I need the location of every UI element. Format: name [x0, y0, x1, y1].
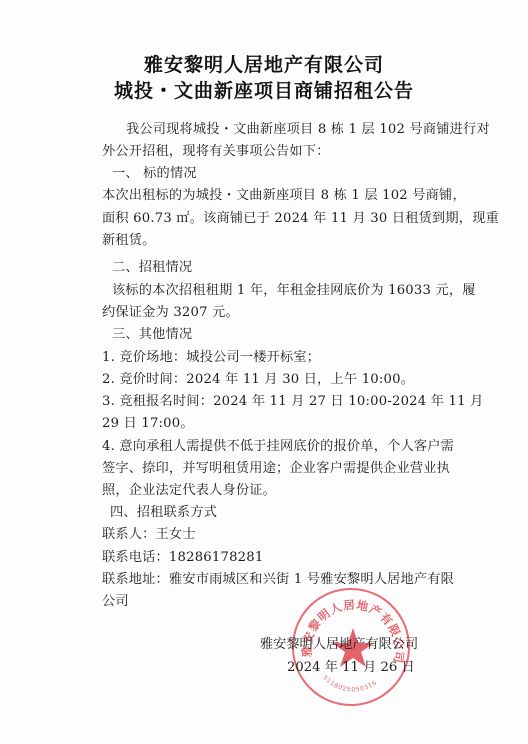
section-3-item: 1. 竞价场地：城投公司一楼开标室；	[102, 346, 320, 365]
section-1-line: 新租赁。	[102, 229, 156, 248]
contact-person: 联系人：王女士	[102, 523, 196, 542]
svg-text:5118025050316: 5118025050316	[321, 674, 378, 693]
section-1-line: 本次出租标的为城投・文曲新座项目 8 栋 1 层 102 号商铺，	[102, 184, 466, 203]
svg-text:雅安黎明人居地产有限公司: 雅安黎明人居地产有限公司	[300, 598, 406, 665]
section-1-line: 面积 60.73 ㎡。该商铺已于 2024 年 11 月 30 日租赁到期，现重	[102, 207, 499, 226]
section-3-item: 照，企业法定代表人身份证。	[102, 479, 276, 498]
signature-date: 2024 年 11 月 26 日	[287, 656, 415, 675]
document-page: 雅安黎明人居地产有限公司 城投・文曲新座项目商铺招租公告 我公司现将城投・文曲新…	[0, 0, 528, 744]
section-1-heading: 一、 标的情况	[112, 162, 197, 181]
intro-line-1: 我公司现将城投・文曲新座项目 8 栋 1 层 102 号商铺进行对	[126, 118, 490, 137]
section-3-item: 签字、捺印，并写明租赁用途；企业客户需提供企业营业执	[102, 457, 450, 476]
section-3-item: 4. 意向承租人需提供不低于挂网底价的报价单，个人客户需	[102, 435, 454, 454]
intro-line-2: 外公开招租，现将有关事项公告如下：	[102, 140, 330, 159]
section-2-line: 该标的本次招租租期 1 年，年租金挂网底价为 16033 元，履	[112, 279, 476, 298]
notice-title: 城投・文曲新座项目商铺招租公告	[0, 76, 528, 103]
section-3-item: 29 日 17:00。	[102, 412, 194, 431]
contact-phone: 联系电话：18286178281	[102, 546, 263, 565]
contact-address-cont: 公司	[102, 590, 129, 609]
section-3-heading: 三、其他情况	[112, 323, 192, 342]
contact-address: 联系地址：雅安市雨城区和兴街 1 号雅安黎明人居地产有限	[102, 568, 454, 587]
section-2-heading: 二、招租情况	[112, 256, 192, 275]
company-title: 雅安黎明人居地产有限公司	[0, 50, 528, 77]
section-3-item: 3. 竞租报名时间：2024 年 11 月 27 日 10:00-2024 年 …	[102, 390, 483, 409]
signature-company: 雅安黎明人居地产有限公司	[260, 633, 418, 652]
section-2-line: 约保证金为 3207 元。	[102, 301, 239, 320]
section-4-heading: 四、招租联系方式	[110, 501, 217, 520]
section-3-item: 2. 竞价时间：2024 年 11 月 30 日，上午 10:00。	[102, 368, 414, 387]
